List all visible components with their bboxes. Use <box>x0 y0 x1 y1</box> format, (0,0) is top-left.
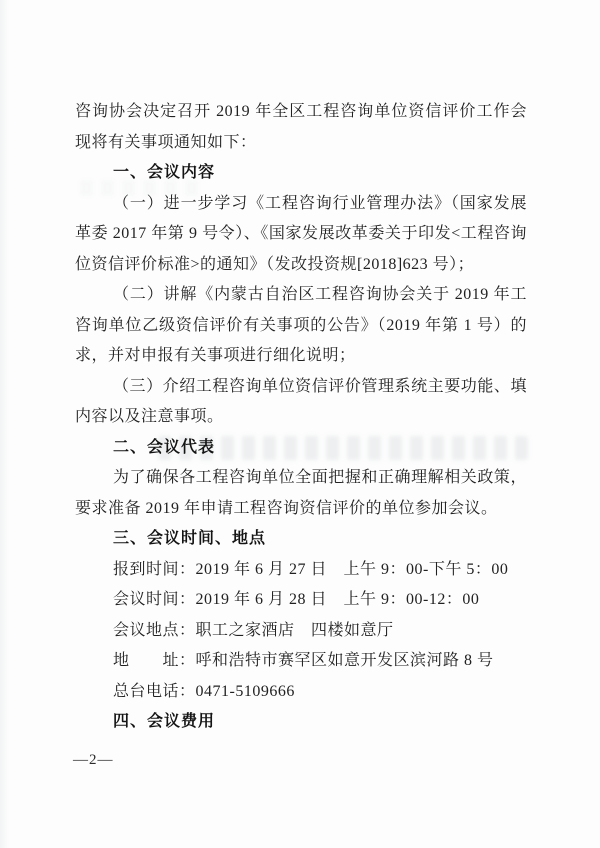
doc-line: （二）讲解《内蒙古自治区工程咨询协会关于 2019 年工程 <box>75 280 527 311</box>
address-line: 地 址：呼和浩特市赛罕区如意开发区滨河路 8 号 <box>75 646 527 677</box>
scanned-document-page: 咨询协会决定召开 2019 年全区工程咨询单位资信评价工作会议。 现将有关事项通… <box>0 0 600 848</box>
phone-line: 总台电话：0471-5109666 <box>75 677 527 708</box>
doc-line: 内容以及注意事项。 <box>75 402 527 433</box>
page-number: —2— <box>73 750 114 770</box>
doc-line: （一）进一步学习《工程咨询行业管理办法》（国家发展改 <box>75 189 527 220</box>
doc-line: 现将有关事项通知如下： <box>75 128 527 159</box>
document-text-block: 咨询协会决定召开 2019 年全区工程咨询单位资信评价工作会议。 现将有关事项通… <box>0 0 600 738</box>
meeting-venue-line: 会议地点：职工之家酒店 四楼如意厅 <box>75 616 527 647</box>
section-heading-4: 四、会议费用 <box>75 707 527 738</box>
section-heading-3: 三、会议时间、地点 <box>75 524 527 555</box>
doc-line: 咨询单位乙级资信评价有关事项的公告》（2019 年第 1 号）的要 <box>75 311 527 342</box>
doc-line: 要求准备 2019 年申请工程咨询资信评价的单位参加会议。 <box>75 494 527 525</box>
meeting-time-line: 会议时间：2019 年 6 月 28 日 上午 9：00-12：00 <box>75 585 527 616</box>
registration-time-line: 报到时间：2019 年 6 月 27 日 上午 9：00-下午 5：00 <box>75 555 527 586</box>
doc-line: 为了确保各工程咨询单位全面把握和正确理解相关政策，现 <box>75 463 527 494</box>
doc-line: 咨询协会决定召开 2019 年全区工程咨询单位资信评价工作会议。 <box>75 97 527 128</box>
doc-line: 求，并对申报有关事项进行细化说明； <box>75 341 527 372</box>
section-heading-2: 二、会议代表 <box>75 433 527 464</box>
doc-line: 革委 2017 年第 9 号令）、《国家发展改革委关于印发<工程咨询单 <box>75 219 527 250</box>
section-heading-1: 一、会议内容 <box>75 158 527 189</box>
doc-line: 位资信评价标准>的通知》（发改投资规[2018]623 号）； <box>75 250 527 281</box>
doc-line: （三）介绍工程咨询单位资信评价管理系统主要功能、填报 <box>75 372 527 403</box>
